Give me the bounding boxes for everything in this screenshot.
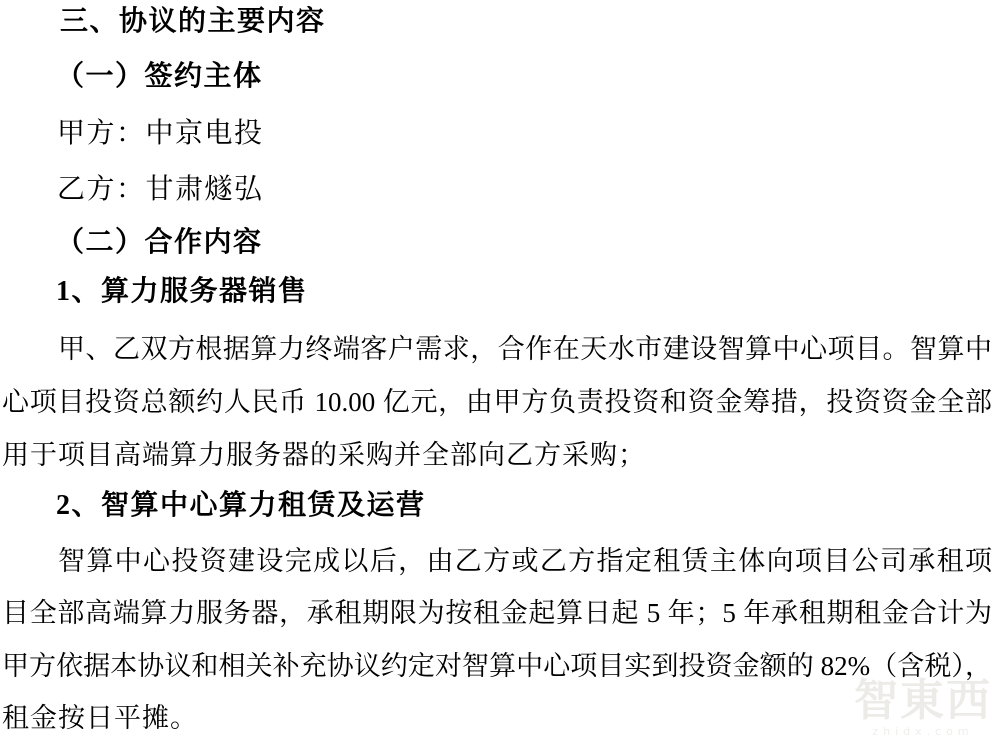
clause-2-paragraph-line-3: 甲方依据本协议和相关补充协议约定对智算中心项目实到投资金额的 82%（含税）， [2, 648, 992, 684]
clause-2-paragraph-line-2: 目全部高端算力服务器，承租期限为按租金起算日起 5 年；5 年承租期租金合计为 [2, 595, 992, 631]
clause-2-paragraph-line-1: 智算中心投资建设完成以后，由乙方或乙方指定租赁主体向项目公司承租项 [58, 543, 992, 579]
clause-1-paragraph-line-2: 心项目投资总额约人民币 10.00 亿元，由甲方负责投资和资金筹措，投资资金全部 [2, 384, 992, 420]
clause-1-heading: 1、算力服务器销售 [56, 274, 308, 310]
subsection-heading-signing-parties: （一）签约主体 [56, 59, 263, 95]
clause-1-paragraph-line-1: 甲、乙双方根据算力终端客户需求，合作在天水市建设智算中心项目。智算中 [58, 331, 992, 367]
clause-1-paragraph-line-3: 用于项目高端算力服务器的采购并全部向乙方采购； [2, 437, 646, 473]
clause-2-heading: 2、智算中心算力租赁及运营 [56, 488, 426, 524]
subsection-heading-cooperation: （二）合作内容 [56, 225, 263, 261]
zhidx-logo: 智東西 [854, 678, 992, 724]
party-b-line: 乙方：甘肃燧弘 [57, 172, 264, 208]
party-a-line: 甲方：中京电投 [57, 116, 264, 152]
zhidx-site-url: zhidx.com [854, 726, 992, 738]
document-page: 智東西 zhidx.com 三、协议的主要内容 （一）签约主体 甲方：中京电投 … [0, 0, 1000, 752]
section-heading: 三、协议的主要内容 [60, 4, 326, 40]
zhidx-watermark: 智東西 zhidx.com [854, 678, 992, 738]
clause-2-paragraph-line-4: 租金按日平摊。 [2, 700, 198, 736]
